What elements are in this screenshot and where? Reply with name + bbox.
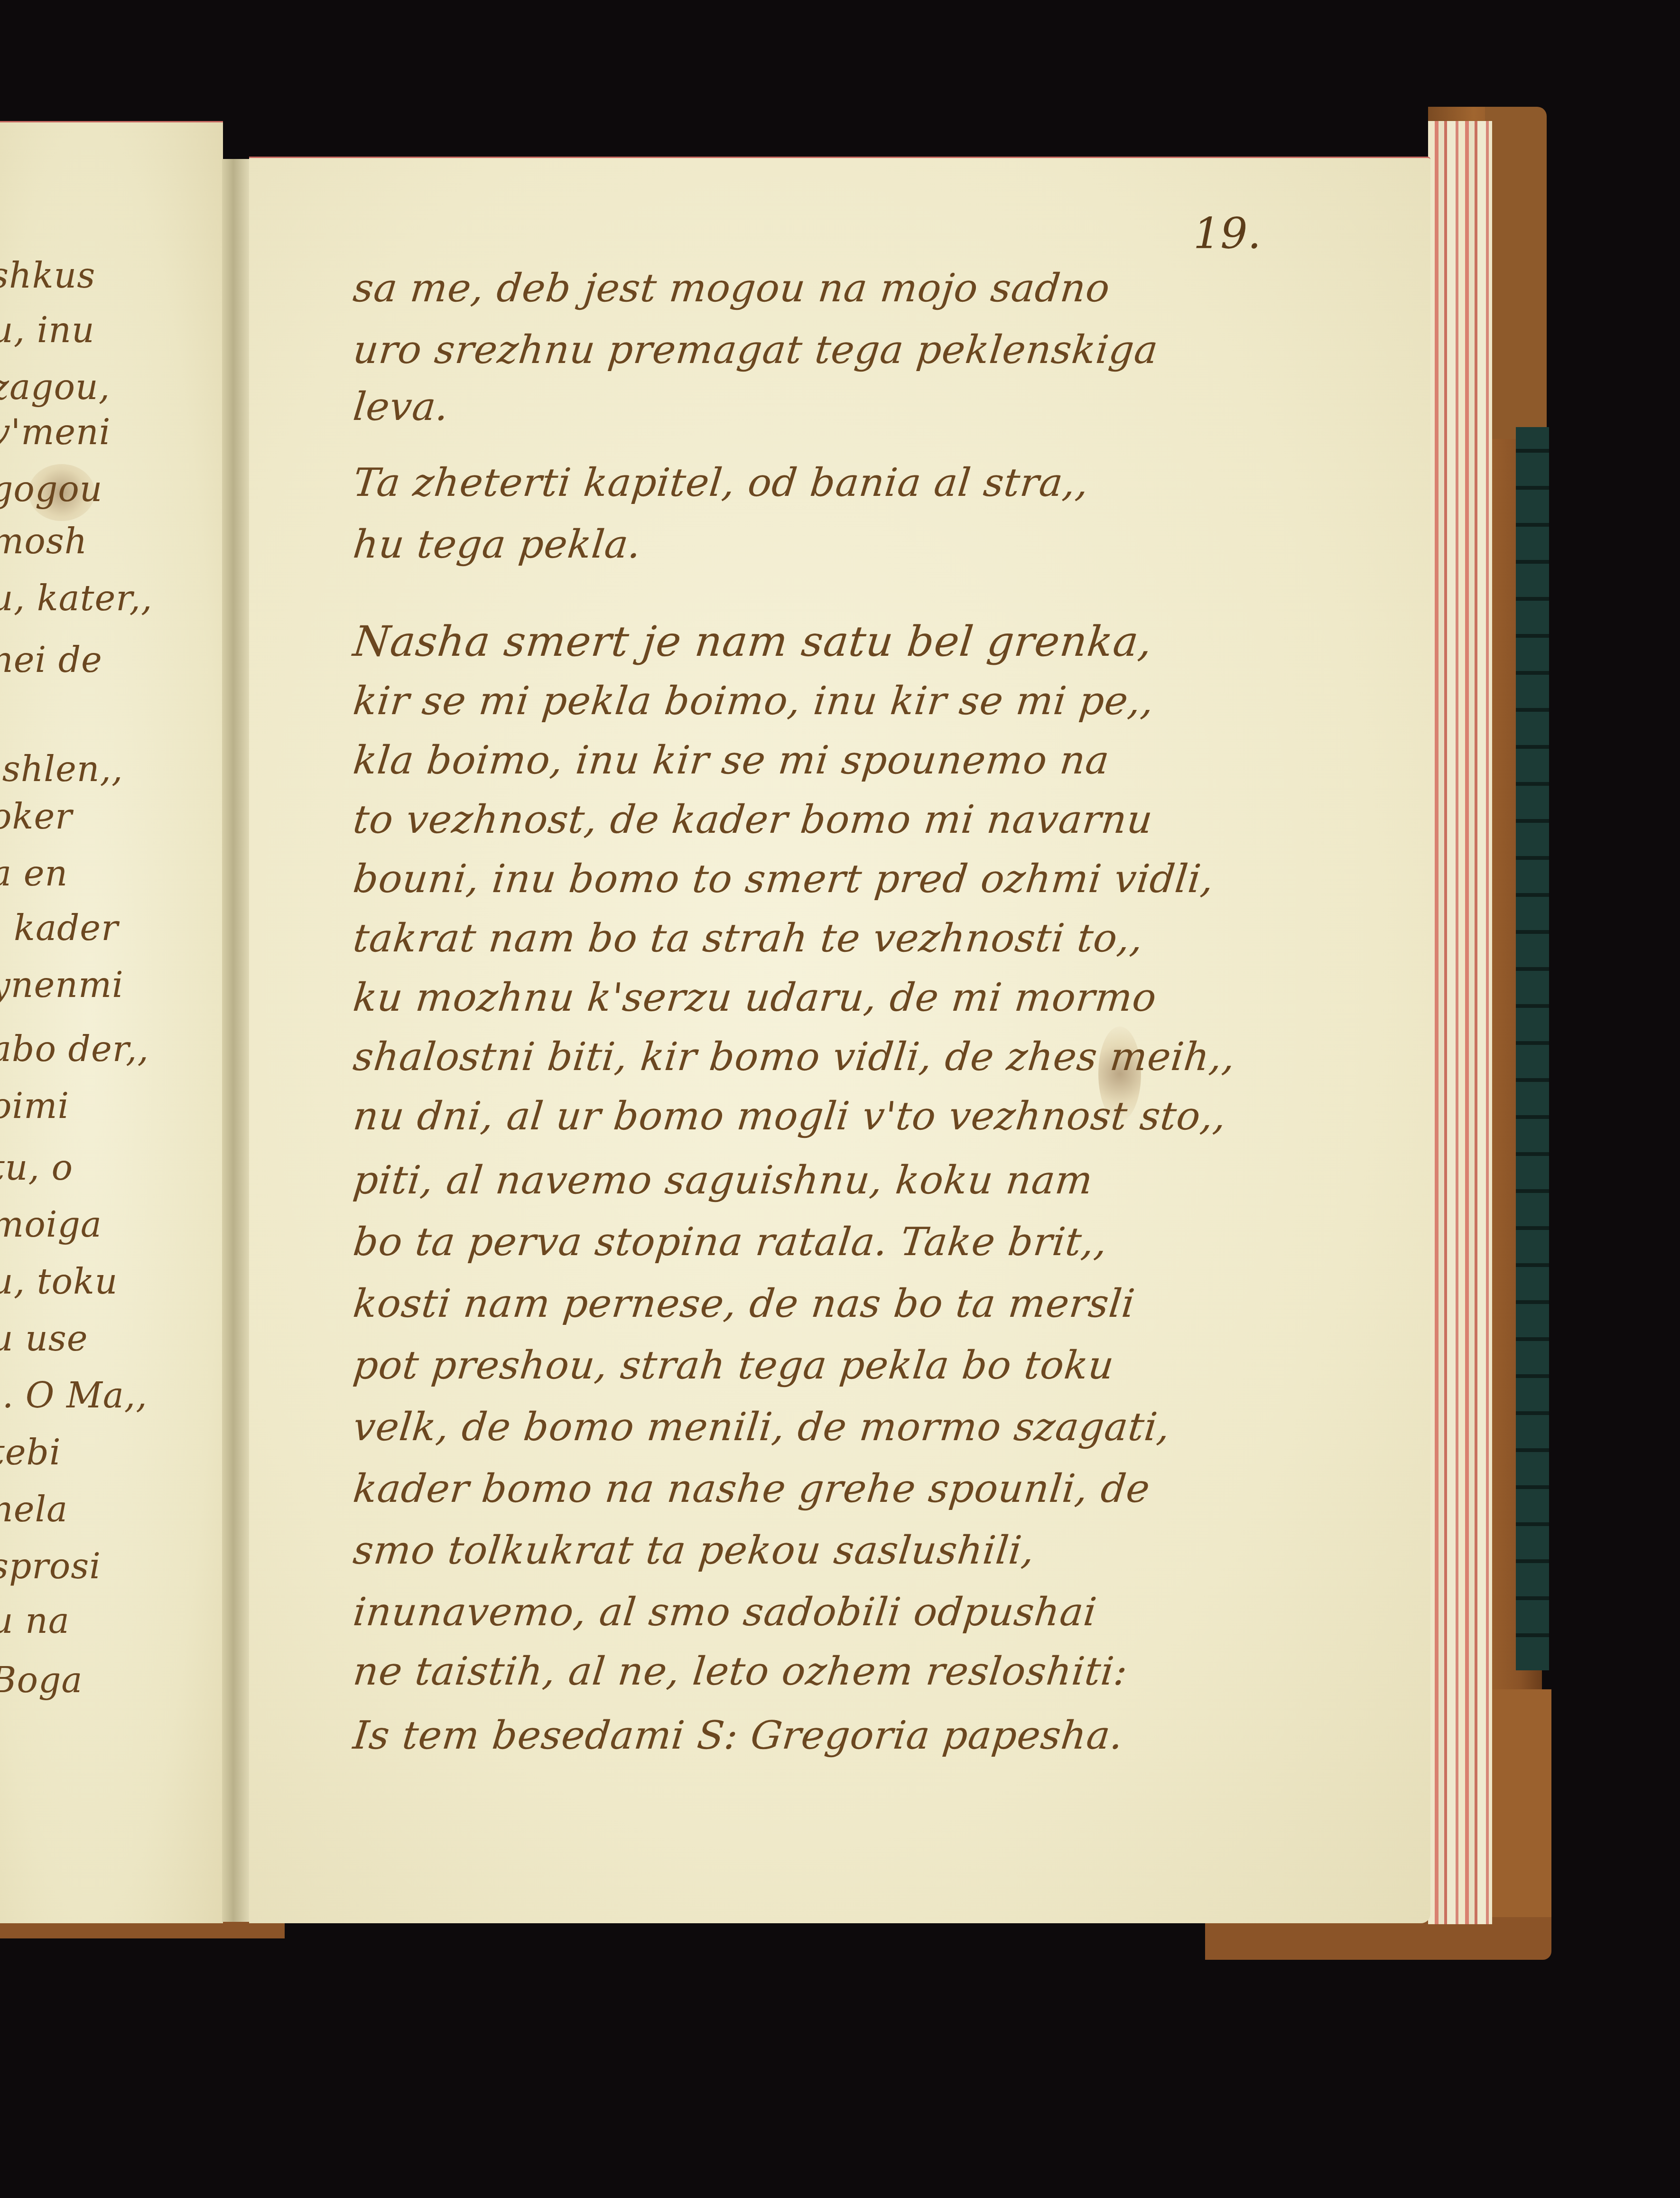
chapter-heading: hu tega pekla. [351, 522, 643, 567]
text-line: piti, al navemo saguishnu, koku nam [351, 1158, 1095, 1203]
left-line: shkus [0, 255, 95, 296]
marbled-board [1516, 427, 1549, 1670]
left-line: nei de [0, 640, 102, 680]
left-line: i. O Ma,, [0, 1375, 148, 1416]
left-line: u na [0, 1601, 70, 1641]
text-line: Is tem besedami S: Gregoria papesha. [351, 1713, 1125, 1758]
text-line: ku mozhnu k'serzu udaru, de mi mormo [351, 975, 1159, 1020]
red-sprinkled-page-edges [1428, 121, 1492, 1924]
text-line: takrat nam bo ta strah te vezhnosti to,, [351, 916, 1145, 961]
text-line: kader bomo na nashe grehe spounli, de [351, 1466, 1152, 1511]
leather-corner-top [1485, 107, 1547, 439]
text-line: sa me, deb jest mogou na mojo sadno [351, 266, 1112, 311]
left-line: tu, o [0, 1147, 73, 1188]
left-line: u, kater,, [0, 578, 152, 619]
left-page: shkus u, inu zagou, v'meni gogou mosh u,… [0, 121, 223, 1923]
text-line: uro srezhnu premagat tega peklenskiga [351, 327, 1160, 373]
leather-cover-bottom [1205, 1917, 1551, 1960]
left-line: tebi [0, 1432, 61, 1473]
left-line: a en [0, 853, 68, 894]
leather-corner-bottom [1490, 1689, 1551, 1955]
page-number: 19. [1193, 209, 1261, 259]
left-line: oimi [0, 1086, 69, 1127]
left-line: u use [0, 1318, 88, 1359]
left-line: Boga [0, 1660, 83, 1701]
left-line: sprosi [0, 1546, 101, 1587]
text-line: to vezhnost, de kader bomo mi navarnu [351, 797, 1155, 842]
text-line: nu dni, al ur bomo mogli v'to vezhnost s… [351, 1094, 1229, 1139]
left-line: u, toku [0, 1261, 118, 1302]
left-line: oker [0, 796, 73, 837]
left-line: moiga [0, 1204, 102, 1245]
text-line: shalostni biti, kir bomo vidli, de zhes … [351, 1034, 1238, 1080]
text-line: bouni, inu bomo to smert pred ozhmi vidl… [351, 857, 1216, 902]
text-line: smo tolkukrat ta pekou saslushili, [351, 1528, 1037, 1573]
left-line: ishlen,, [0, 749, 123, 790]
left-line: abo der,, [0, 1029, 149, 1070]
left-line: mosh [0, 521, 87, 562]
left-line: u, inu [0, 310, 95, 351]
text-line: kla boimo, inu kir se mi spounemo na [351, 738, 1112, 783]
left-line: ynenmi [0, 965, 124, 1006]
left-line: v'meni [0, 412, 111, 453]
text-line: velk, de bomo menili, de mormo szagati, [351, 1405, 1172, 1450]
left-line: gogou [0, 469, 103, 510]
left-line: nela [0, 1489, 68, 1530]
text-line: kosti nam pernese, de nas bo ta mersli [351, 1281, 1137, 1326]
text-line: inunavemo, al smo sadobili odpushai [351, 1590, 1099, 1635]
chapter-heading: Ta zheterti kapitel, od bania al stra,, [351, 460, 1091, 505]
book-gutter [222, 159, 251, 1922]
text-line: bo ta perva stopina ratala. Take brit,, [351, 1220, 1110, 1265]
text-line: leva. [351, 384, 451, 429]
text-line: ne taistih, al ne, leto ozhem resloshiti… [351, 1649, 1130, 1694]
text-line: pot preshou, strah tega pekla bo toku [351, 1343, 1116, 1388]
text-line: Nasha smert je nam satu bel grenka, [351, 617, 1155, 666]
text-line: kir se mi pekla boimo, inu kir se mi pe,… [351, 679, 1156, 724]
left-line: , kader [0, 908, 119, 949]
left-line: zagou, [0, 367, 110, 408]
